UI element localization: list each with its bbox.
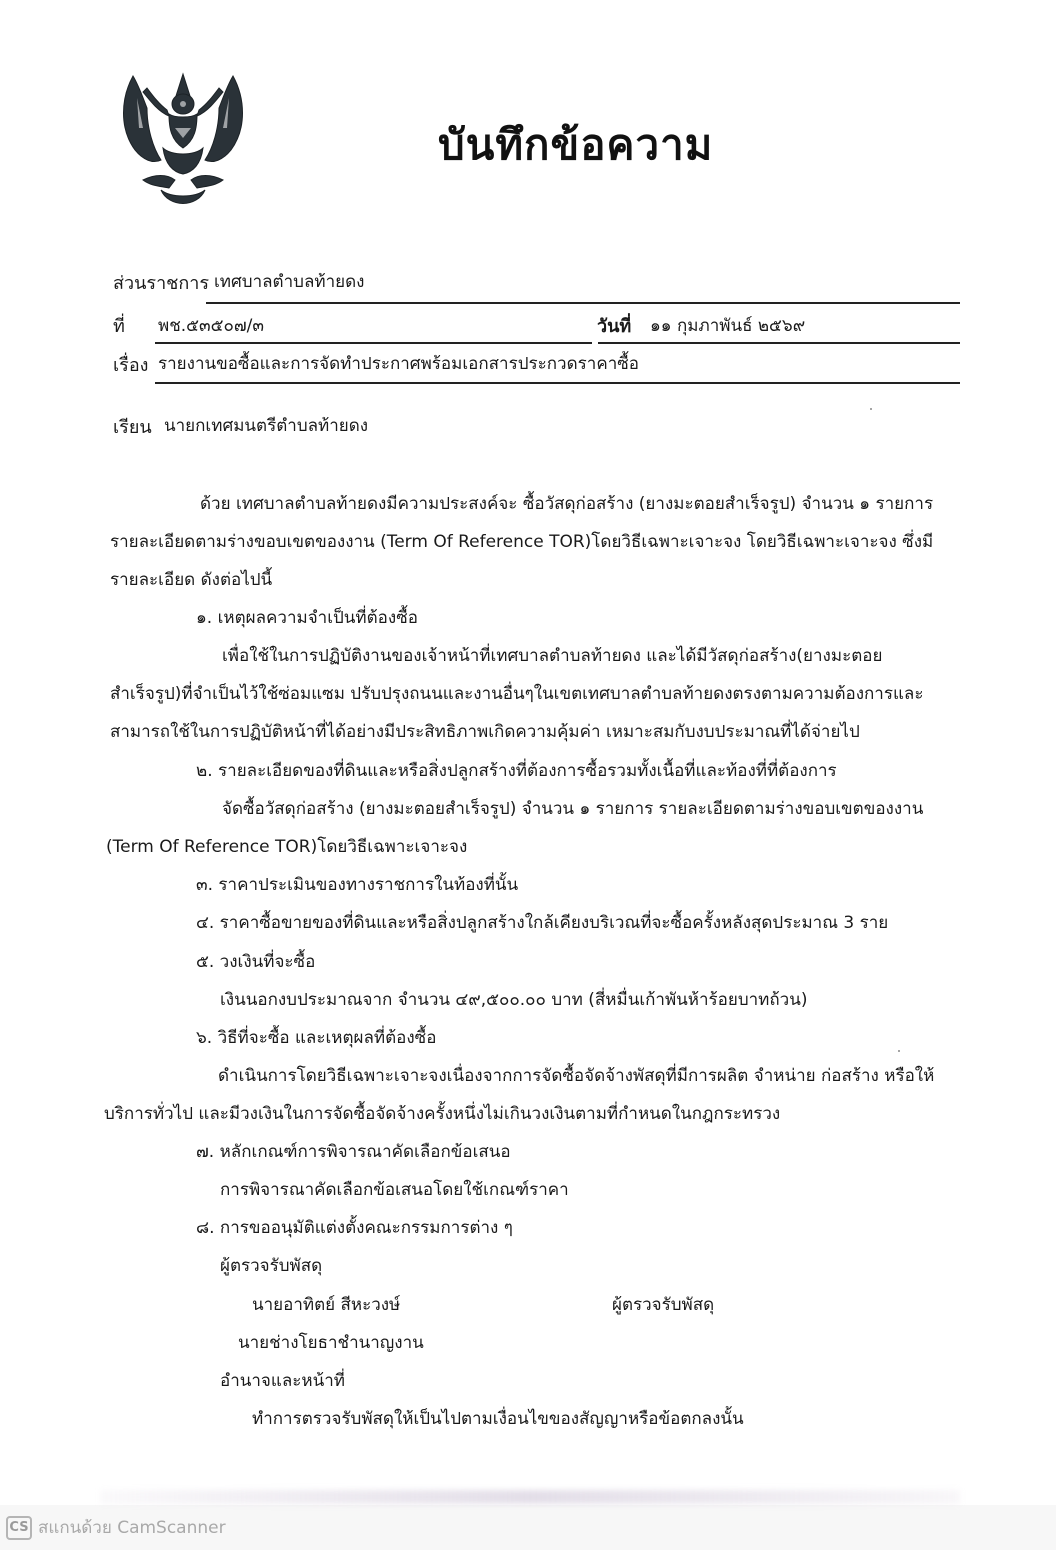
duties-text: ทำการตรวจรับพัสดุให้เป็นไปตามเงื่อนไขของ…: [252, 1405, 744, 1432]
section-body-line: สำเร็จรูป)ที่จำเป็นไว้ใช้ซ่อมแซม ปรับปรุ…: [110, 680, 923, 707]
section-heading: ๑. เหตุผลความจำเป็นที่ต้องซื้อ: [196, 604, 418, 631]
section-heading: ๘. การขออนุมัติแต่งตั้งคณะกรรมการต่าง ๆ: [196, 1214, 513, 1241]
document-page: บันทึกข้อความ ส่วนราชการ เทศบาลตำบลท้ายด…: [0, 0, 1056, 1505]
section-body-line: การพิจารณาคัดเลือกข้อเสนอโดยใช้เกณฑ์ราคา: [220, 1176, 569, 1203]
intro-line: รายละเอียด ดังต่อไปนี้: [110, 566, 272, 593]
subject-underline: [155, 382, 960, 384]
ref-underline: [155, 342, 592, 344]
section-heading: ๖. วิธีที่จะซื้อ และเหตุผลที่ต้องซื้อ: [196, 1024, 436, 1051]
budget-line: เงินนอกงบประมาณจาก จำนวน ๔๙,๕๐๐.๐๐ บาท (…: [220, 986, 807, 1013]
section-heading: ๔. ราคาซื้อขายของที่ดินและหรือสิ่งปลูกสร…: [196, 909, 888, 936]
subject-value: รายงานขอซื้อและการจัดทำประกาศพร้อมเอกสาร…: [158, 350, 639, 377]
section-heading: ๕. วงเงินที่จะซื้อ: [196, 948, 315, 975]
to-label: เรียน: [113, 412, 152, 441]
subject-label: เรื่อง: [113, 350, 148, 379]
watermark-text: สแกนด้วย CamScanner: [38, 1514, 226, 1541]
section-body-line: บริการทั่วไป และมีวงเงินในการจัดซื้อจัดจ…: [104, 1100, 780, 1127]
committee-group-label: ผู้ตรวจรับพัสดุ: [220, 1252, 322, 1279]
duties-label: อำนาจและหน้าที่: [220, 1367, 345, 1394]
date-value: ๑๑ กุมภาพันธ์ ๒๕๖๙: [650, 312, 805, 339]
department-value: เทศบาลตำบลท้ายดง: [214, 268, 364, 295]
date-underline: [598, 342, 960, 344]
section-body-line: เพื่อใช้ในการปฏิบัติงานของเจ้าหน้าที่เทศ…: [222, 642, 882, 669]
to-value: นายกเทศมนตรีตำบลท้ายดง: [164, 412, 368, 439]
section-body-line: สามารถใช้ในการปฏิบัติหน้าที่ได้อย่างมีปร…: [110, 718, 860, 745]
date-label: วันที่: [597, 311, 631, 340]
ref-label: ที่: [113, 311, 125, 340]
scan-speck: [870, 408, 872, 410]
document-title: บันทึกข้อความ: [438, 112, 713, 178]
committee-member-name: นายอาทิตย์ สีหะวงษ์: [252, 1291, 400, 1318]
scan-speck: [898, 1050, 900, 1052]
section-heading: ๗. หลักเกณฑ์การพิจารณาคัดเลือกข้อเสนอ: [196, 1138, 511, 1165]
department-underline: [206, 302, 960, 304]
committee-member-position: นายช่างโยธาชำนาญงาน: [238, 1329, 424, 1356]
section-heading: ๒. รายละเอียดของที่ดินและหรือสิ่งปลูกสร้…: [196, 757, 837, 784]
section-heading: ๓. ราคาประเมินของทางราชการในท้องที่นั้น: [196, 871, 518, 898]
committee-member-role: ผู้ตรวจรับพัสดุ: [612, 1291, 714, 1318]
intro-line: รายละเอียดตามร่างขอบเขตของงาน (Term Of R…: [110, 528, 933, 555]
camscanner-logo-icon: CS: [6, 1516, 32, 1540]
camscanner-watermark: CS สแกนด้วย CamScanner: [6, 1514, 226, 1541]
section-body-line: ดำเนินการโดยวิธีเฉพาะเจาะจงเนื่องจากการจ…: [218, 1062, 934, 1089]
section-body-line: จัดซื้อวัสดุก่อสร้าง (ยางมะตอยสำเร็จรูป)…: [222, 795, 923, 822]
scan-shadow: [100, 1490, 960, 1504]
department-label: ส่วนราชการ: [113, 268, 209, 297]
section-body-line: (Term Of Reference TOR)โดยวิธีเฉพาะเจาะจ…: [106, 833, 467, 860]
ref-value: พช.๕๓๕๐๗/๓: [158, 312, 264, 339]
intro-line: ด้วย เทศบาลตำบลท้ายดงมีความประสงค์จะ ซื้…: [200, 490, 933, 517]
garuda-emblem-icon: [113, 68, 251, 213]
